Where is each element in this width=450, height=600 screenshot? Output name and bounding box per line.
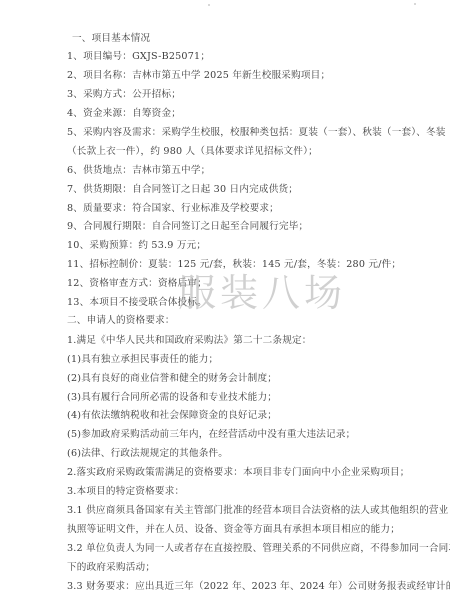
- scan-speck: [414, 3, 416, 5]
- qual-item: (3)具有履行合同所必需的设备和专业技术能力；: [67, 392, 277, 404]
- qual-item: (4)有依法缴纳税收和社会保障资金的良好记录；: [67, 410, 277, 422]
- section-heading-basic-info: 一、项目基本情况: [72, 33, 150, 45]
- item-fund-source: 4、资金来源：自筹资金；: [67, 108, 181, 120]
- watermark: 服装八场: [178, 262, 346, 317]
- item-procurement-content: 5、采购内容及需求：采购学生校服，校服种类包括：夏装（一套）、秋装（一套）、冬装: [67, 127, 446, 139]
- qual-item: (2)具有良好的商业信誉和健全的财务会计制度；: [67, 373, 277, 385]
- qual-item: 3.1 供应商须具备国家有关主管部门批准的经营本项目合法资格的法人或其他组织的营…: [67, 505, 448, 517]
- item-procurement-method: 3、采购方式：公开招标；: [67, 89, 181, 101]
- item-quality-requirement: 8、质量要求：符合国家、行业标准及学校要求；: [67, 203, 279, 215]
- item-contract-period: 9、合同履行期限：自合同签订之日起至合同履行完毕；: [67, 221, 308, 233]
- qual-item: 3.本项目的特定资格要求：: [67, 486, 184, 498]
- qual-item-cont: 执照等证明文件，并在人员、设备、资金等方面具有承担本项目相应的能力；: [67, 524, 400, 536]
- qual-item: 3.3 财务要求：应出具近三年（2022 年、2023 年、2024 年）公司财…: [67, 581, 450, 593]
- qual-item: (5)参加政府采购活动前三年内，在经营活动中没有重大违法记录；: [67, 429, 355, 441]
- section-heading-qualifications: 二、申请人的资格要求：: [67, 315, 175, 327]
- qual-item: 2.落实政府采购政策需满足的资格要求：本项目非专门面向中小企业采购项目；: [67, 467, 410, 479]
- item-delivery-location: 6、供货地点：吉林市第五中学；: [67, 165, 210, 177]
- document-page: 一、项目基本情况 1、项目编号：GXJS-B25071； 2、项目名称：吉林市第…: [0, 0, 450, 600]
- qual-item-cont: 下的政府采购活动；: [67, 562, 155, 574]
- item-delivery-period: 7、供货期限：自合同签订之日起 30 日内完成供货；: [67, 184, 298, 196]
- qual-item: 3.2 单位负责人为同一人或者存在直接控股、管理关系的不同供应商，不得参加同一合…: [67, 543, 450, 555]
- item-budget: 10、采购预算：约 53.9 万元；: [67, 240, 206, 252]
- item-procurement-content-cont: （长款上衣一件），约 980 人（具体要求详见招标文件）；: [67, 146, 318, 158]
- qual-item: (1)具有独立承担民事责任的能力；: [67, 354, 218, 366]
- item-project-name: 2、项目名称：吉林市第五中学 2025 年新生校服采购项目；: [67, 70, 330, 82]
- scan-speck: [208, 4, 210, 6]
- qual-item: (6)法律、行政法规规定的其他条件。: [67, 448, 228, 460]
- qual-item: 1.满足《中华人民共和国政府采购法》第二十二条规定：: [67, 335, 312, 347]
- item-project-number: 1、项目编号：GXJS-B25071；: [67, 51, 210, 63]
